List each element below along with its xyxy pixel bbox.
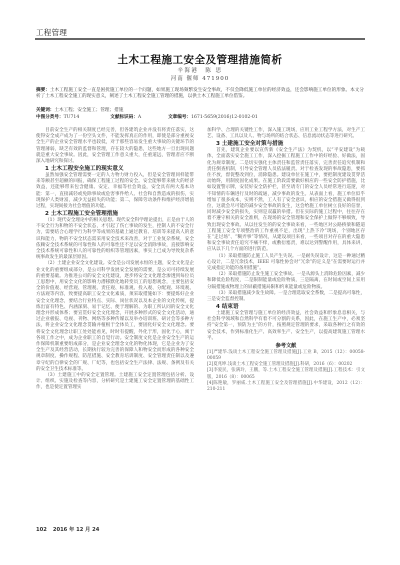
reference-item: [4]陈艳敏，罗丽威.土木工程施工安全及管理措施[J].中华建设，2012（12… bbox=[207, 381, 365, 393]
author-affiliation: 河南 偃师 471900 bbox=[0, 74, 400, 82]
intro-paragraph: 目前安全生产的相关制度已经完善，但各建筑企业并没有将责任落实，这使得安全成产成为… bbox=[36, 128, 194, 165]
section-3-heading: 3 土建施工安全对策与措施 bbox=[207, 141, 365, 148]
keywords-text: 土木工程；安全施工；管理；措施 bbox=[54, 108, 123, 113]
references-heading: 参考文献 bbox=[207, 343, 365, 350]
left-column: 目前安全生产的相关制度已经完善，但各建筑企业并没有将责任落实，这使得安全成产成为… bbox=[36, 128, 194, 392]
section-3-paragraph-4: （3）采取措施减少发生故障。一是合理选取安全系数，二是提高可靠性，三是安全监督控… bbox=[207, 291, 365, 303]
article-title: 土木工程施工安全及管理措施简析 bbox=[0, 52, 400, 67]
section-1-heading: 1 土木工程安全施工的现实意义 bbox=[36, 166, 194, 173]
running-head: 工程管理 bbox=[36, 27, 67, 38]
doc-code-label: 文献标识码： bbox=[110, 115, 138, 120]
section-2-heading: 2 土木工程施工安全管理措施 bbox=[36, 211, 194, 218]
keywords-label: 关键词： bbox=[36, 108, 54, 113]
article-no-label: 文章编号： bbox=[168, 115, 191, 120]
article-no-value: 1671-5659(2016)12-0102-01 bbox=[191, 115, 258, 120]
article-authors: 辛海港 陈 思 bbox=[0, 66, 400, 74]
reference-item: [1]严建华.浅谈土木工程安全施工管理及措施[J].工业 B，2015（12）：… bbox=[207, 350, 365, 362]
abstract: 摘要：土木工程施工安全一直是困扰施工单位的一个问题，如果施工现场频繁发生安全事故… bbox=[36, 88, 364, 101]
section-3-paragraph-3: （2）采取措施防止发生施工安全事故。一是从源头上消除危险因素，减少和降低危险程度… bbox=[207, 272, 365, 291]
reference-item: [3]李爱民，张满玲，王鹏，等.土木工程安全施工管理及措施[J].工程技术：引文… bbox=[207, 368, 365, 380]
abstract-text: 土木工程施工安全一直是困扰施工单位的一个问题，如果施工现场频繁发生安全事故，不仅… bbox=[36, 88, 364, 99]
section-3-paragraph-2: （1）采取措施防止施工人员产生失误。一是耐失误设计，这是一种通过精心设计，二是冗… bbox=[207, 254, 365, 273]
section-3-paragraph-1: 首先，建筑企业要以宣传新《安全生产法》为契机，以“平安建设”为载体，全面落实安全… bbox=[207, 148, 365, 253]
journal-page: 工程管理 土木工程施工安全及管理措施简析 辛海港 陈 思 河南 偃师 47190… bbox=[0, 0, 400, 565]
header-rule bbox=[35, 38, 365, 40]
section-4-body: 土建施工安全管理与施工单位的经济效益，社会效益和形象息息相关，与社会科学领域和自… bbox=[207, 311, 365, 342]
right-column: 加科学、合理的关键性工作，深入施工现场，应用工业工程学方法，对生产工艺、设备、工… bbox=[207, 128, 365, 393]
page-number: 102 bbox=[36, 527, 47, 533]
abstract-label: 摘要： bbox=[36, 88, 50, 93]
section-2-paragraph-1: （1）现代安全理论中的相关思想。现代安全科学理论提出，正是由于人的不安全行为和物… bbox=[36, 218, 194, 261]
clc-value: TU714 bbox=[64, 115, 80, 120]
section-2-paragraph-2: （2）土建企业安全文化建设。安全是公司发展永恒的主题，安全文化是企业文化的重要组… bbox=[36, 261, 194, 373]
section-1-body: 虽然加强安全管理需要一定的人力物力财力投入，但是安全管理同样能带来等额甚至超额的… bbox=[36, 173, 194, 210]
doc-code-value: A bbox=[138, 115, 141, 120]
keywords-line: 关键词：土木工程；安全施工；管理；措施 bbox=[36, 107, 123, 113]
section-2-paragraph-3: （3）土建施工中的安全定置管理。土建施工安全定置管理包括分析、设计、组织、实施及… bbox=[36, 373, 194, 392]
continuation-paragraph: 加科学、合理的关键性工作，深入施工现场，应用工业工程学方法，对生产工艺、设备、工… bbox=[207, 128, 365, 140]
section-4-heading: 4 结束语 bbox=[207, 304, 365, 311]
page-footer: 1022016 年 12 月 24 bbox=[36, 526, 105, 533]
clc-label: 中图分类号： bbox=[36, 115, 64, 120]
classification-line: 中图分类号：TU714 文献标识码：A 文章编号：1671-5659(2016)… bbox=[36, 114, 366, 120]
issue-date: 2016 年 12 月 24 bbox=[53, 527, 99, 533]
